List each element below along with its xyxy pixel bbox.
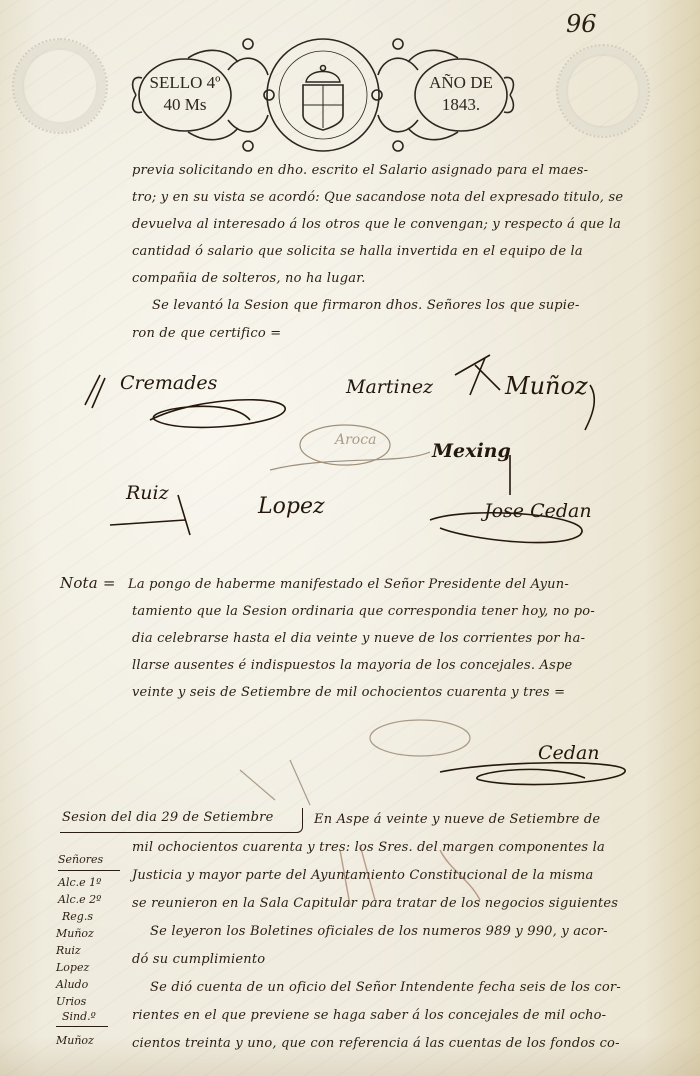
faded-bleed-marks-icon: [0, 0, 700, 1076]
